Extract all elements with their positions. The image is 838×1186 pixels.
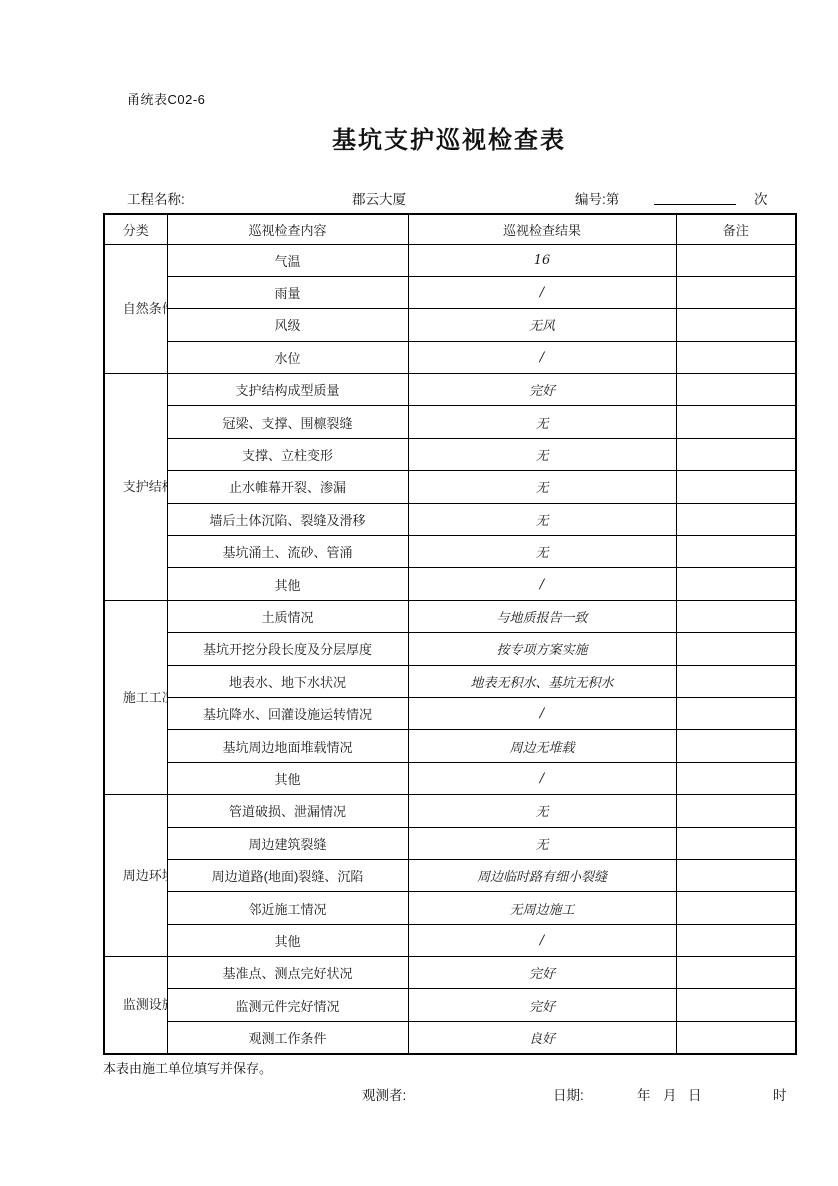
table-row: 其他/ (104, 762, 796, 794)
inspection-content-cell: 土质情况 (167, 600, 408, 632)
inspection-result-cell: 周边临时路有细小裂缝 (408, 859, 676, 891)
remark-cell (676, 438, 796, 470)
inspection-content-cell: 监测元件完好情况 (167, 989, 408, 1021)
inspection-content-cell: 气温 (167, 244, 408, 276)
inspection-result-cell: / (408, 697, 676, 729)
category-cell: 周边环境 (104, 795, 167, 957)
number-label: 编号:第 (575, 188, 619, 208)
category-label: 支护结构 (123, 471, 149, 503)
inspection-table: 分类 巡视检查内容 巡视检查结果 备注 自然条件气温16雨量/风级无风水位/支护… (103, 213, 797, 1055)
remark-cell (676, 600, 796, 632)
remark-cell (676, 795, 796, 827)
inspection-content-cell: 基坑周边地面堆载情况 (167, 730, 408, 762)
table-row: 风级无风 (104, 309, 796, 341)
table-row: 基坑涌土、流砂、管涌无 (104, 536, 796, 568)
category-cell: 施工工况 (104, 600, 167, 794)
inspection-content-cell: 基坑涌土、流砂、管涌 (167, 536, 408, 568)
category-label: 施工工况 (123, 682, 149, 714)
header-remark: 备注 (676, 214, 796, 244)
table-row: 邻近施工情况无周边施工 (104, 892, 796, 924)
inspection-result-cell: 地表无积水、基坑无积水 (408, 665, 676, 697)
inspection-content-cell: 支撑、立柱变形 (167, 438, 408, 470)
table-row: 基坑周边地面堆载情况周边无堆载 (104, 730, 796, 762)
remark-cell (676, 827, 796, 859)
inspection-content-cell: 雨量 (167, 276, 408, 308)
category-cell: 自然条件 (104, 244, 167, 374)
month-label: 月 (663, 1084, 677, 1104)
date-label: 日期: (553, 1084, 584, 1104)
inspection-result-cell: 无 (408, 536, 676, 568)
table-row: 支撑、立柱变形无 (104, 438, 796, 470)
header-result: 巡视检查结果 (408, 214, 676, 244)
remark-cell (676, 503, 796, 535)
inspection-content-cell: 支护结构成型质量 (167, 374, 408, 406)
footer-note: 本表由施工单位填写并保存。 (103, 1058, 272, 1077)
inspection-result-cell: 无 (408, 827, 676, 859)
table-row: 基坑开挖分段长度及分层厚度按专项方案实施 (104, 633, 796, 665)
observer-label: 观测者: (362, 1084, 406, 1104)
year-label: 年 (637, 1084, 651, 1104)
inspection-result-cell: 无周边施工 (408, 892, 676, 924)
table-row: 施工工况土质情况与地质报告一致 (104, 600, 796, 632)
meta-row: 工程名称: 郡云大厦 编号:第 次 (103, 188, 795, 210)
inspection-content-cell: 基准点、测点完好状况 (167, 957, 408, 989)
inspection-result-cell: 周边无堆载 (408, 730, 676, 762)
form-code: 甬统表C02-6 (127, 89, 205, 108)
table-row: 墙后土体沉陷、裂缝及滑移无 (104, 503, 796, 535)
remark-cell (676, 665, 796, 697)
header-category: 分类 (104, 214, 167, 244)
table-row: 基坑降水、回灌设施运转情况/ (104, 697, 796, 729)
inspection-result-cell: 完好 (408, 957, 676, 989)
table-row: 止水帷幕开裂、渗漏无 (104, 471, 796, 503)
remark-cell (676, 730, 796, 762)
inspection-result-cell: 无风 (408, 309, 676, 341)
table-row: 周边道路(地面)裂缝、沉陷周边临时路有细小裂缝 (104, 859, 796, 891)
remark-cell (676, 892, 796, 924)
table-row: 周边环境管道破损、泄漏情况无 (104, 795, 796, 827)
table-row: 地表水、地下水状况地表无积水、基坑无积水 (104, 665, 796, 697)
remark-cell (676, 924, 796, 956)
inspection-content-cell: 水位 (167, 341, 408, 373)
project-name-value: 郡云大厦 (352, 188, 406, 208)
category-cell: 支护结构 (104, 374, 167, 601)
remark-cell (676, 697, 796, 729)
inspection-content-cell: 周边道路(地面)裂缝、沉陷 (167, 859, 408, 891)
table-row: 观测工作条件良好 (104, 1021, 796, 1053)
inspection-result-cell: 完好 (408, 374, 676, 406)
inspection-result-cell: 按专项方案实施 (408, 633, 676, 665)
number-suffix: 次 (754, 188, 768, 208)
inspection-result-cell: / (408, 762, 676, 794)
remark-cell (676, 276, 796, 308)
remark-cell (676, 471, 796, 503)
table-header-row: 分类 巡视检查内容 巡视检查结果 备注 (104, 214, 796, 244)
category-label: 自然条件 (123, 293, 149, 325)
remark-cell (676, 341, 796, 373)
inspection-result-cell: 无 (408, 503, 676, 535)
inspection-content-cell: 风级 (167, 309, 408, 341)
inspection-result-cell: / (408, 276, 676, 308)
inspection-result-cell: 完好 (408, 989, 676, 1021)
inspection-content-cell: 其他 (167, 762, 408, 794)
remark-cell (676, 536, 796, 568)
table-row: 其他/ (104, 924, 796, 956)
inspection-content-cell: 其他 (167, 568, 408, 600)
hour-label: 时 (773, 1084, 787, 1104)
inspection-content-cell: 周边建筑裂缝 (167, 827, 408, 859)
inspection-content-cell: 基坑降水、回灌设施运转情况 (167, 697, 408, 729)
remark-cell (676, 859, 796, 891)
document-page: 甬统表C02-6 基坑支护巡视检查表 工程名称: 郡云大厦 编号:第 次 分类 … (0, 0, 838, 1186)
inspection-content-cell: 墙后土体沉陷、裂缝及滑移 (167, 503, 408, 535)
remark-cell (676, 568, 796, 600)
table-row: 水位/ (104, 341, 796, 373)
inspection-result-cell: 16 (408, 244, 676, 276)
remark-cell (676, 374, 796, 406)
inspection-content-cell: 止水帷幕开裂、渗漏 (167, 471, 408, 503)
table-row: 自然条件气温16 (104, 244, 796, 276)
inspection-content-cell: 邻近施工情况 (167, 892, 408, 924)
day-label: 日 (688, 1084, 702, 1104)
inspection-content-cell: 冠梁、支撑、围檩裂缝 (167, 406, 408, 438)
project-name-label: 工程名称: (127, 188, 185, 208)
table-row: 支护结构支护结构成型质量完好 (104, 374, 796, 406)
inspection-content-cell: 观测工作条件 (167, 1021, 408, 1053)
table-row: 冠梁、支撑、围檩裂缝无 (104, 406, 796, 438)
header-content: 巡视检查内容 (167, 214, 408, 244)
category-label: 周边环境 (123, 860, 149, 892)
table-row: 雨量/ (104, 276, 796, 308)
inspection-result-cell: 无 (408, 438, 676, 470)
remark-cell (676, 309, 796, 341)
remark-cell (676, 989, 796, 1021)
remark-cell (676, 957, 796, 989)
table-row: 监测元件完好情况完好 (104, 989, 796, 1021)
inspection-content-cell: 管道破损、泄漏情况 (167, 795, 408, 827)
inspection-result-cell: / (408, 341, 676, 373)
remark-cell (676, 633, 796, 665)
number-blank-field (654, 188, 736, 205)
remark-cell (676, 1021, 796, 1053)
inspection-content-cell: 其他 (167, 924, 408, 956)
table-row: 其他/ (104, 568, 796, 600)
inspection-result-cell: 与地质报告一致 (408, 600, 676, 632)
category-label: 监测设施 (123, 989, 149, 1021)
remark-cell (676, 762, 796, 794)
inspection-result-cell: / (408, 568, 676, 600)
inspection-result-cell: / (408, 924, 676, 956)
table-row: 周边建筑裂缝无 (104, 827, 796, 859)
remark-cell (676, 406, 796, 438)
signature-row: 观测者: 日期: 年 月 日 时 (103, 1084, 795, 1104)
table-row: 监测设施基准点、测点完好状况完好 (104, 957, 796, 989)
inspection-result-cell: 无 (408, 471, 676, 503)
inspection-content-cell: 基坑开挖分段长度及分层厚度 (167, 633, 408, 665)
inspection-result-cell: 良好 (408, 1021, 676, 1053)
inspection-result-cell: 无 (408, 406, 676, 438)
inspection-content-cell: 地表水、地下水状况 (167, 665, 408, 697)
category-cell: 监测设施 (104, 957, 167, 1054)
inspection-result-cell: 无 (408, 795, 676, 827)
page-title: 基坑支护巡视检查表 (103, 120, 795, 155)
remark-cell (676, 244, 796, 276)
